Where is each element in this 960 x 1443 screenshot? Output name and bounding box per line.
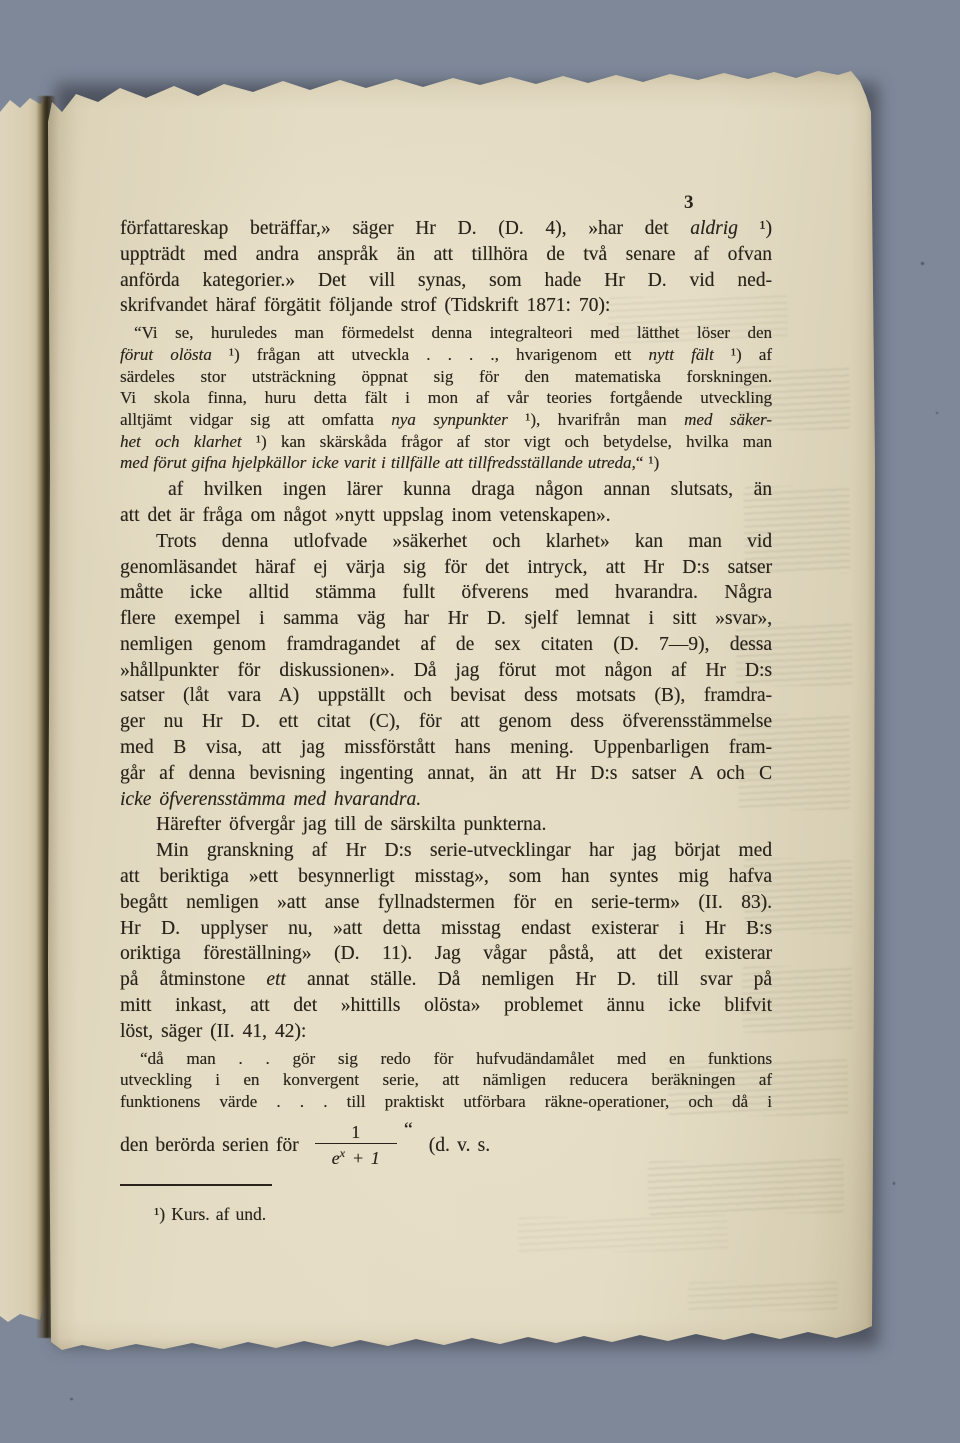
paragraph: författareskap beträffar,» säger Hr D. (… bbox=[120, 216, 772, 319]
text-segment: satser (låt vara A) uppställt och bevisa… bbox=[120, 685, 772, 706]
text-line: förut olösta ¹) frågan att utveckla . . … bbox=[120, 344, 772, 366]
page: 3 författareskap beträffar,» säger Hr D.… bbox=[48, 66, 876, 1352]
text-line: att det är fråga om något »nytt uppslag … bbox=[120, 503, 772, 529]
text-segment: ger nu Hr D. ett citat (C), för att geno… bbox=[120, 711, 772, 732]
fraction-numerator: 1 bbox=[351, 1123, 360, 1143]
body-text: författareskap beträffar,» säger Hr D. (… bbox=[120, 216, 772, 1113]
italic-text: nya synpunkter bbox=[391, 410, 508, 429]
text-line: alltjämt vidgar sig att omfatta nya synp… bbox=[120, 409, 772, 431]
italic-text: med säker- bbox=[684, 410, 772, 429]
paragraph: “då man . . gör sig redo för hufvudändam… bbox=[120, 1048, 772, 1113]
fraction: 1 ex + 1 bbox=[315, 1123, 397, 1169]
text-line: med B visa, att jag missförstått hans me… bbox=[120, 735, 772, 761]
paragraph: Min granskning af Hr D:s serie-utvecklin… bbox=[120, 838, 772, 1044]
text-segment: annat ställe. Då nemligen Hr D. till sva… bbox=[286, 969, 772, 990]
text-segment: Trots denna utlofvade »säkerhet och klar… bbox=[156, 531, 772, 552]
text-segment: funktionens värde . . . till praktiskt u… bbox=[120, 1092, 772, 1111]
text-line: begått nemligen »att anse fyllnadstermen… bbox=[120, 890, 772, 916]
text-line: med förut gifna hjelpkällor icke varit i… bbox=[120, 452, 772, 474]
footnote: ¹) Kurs. af und. bbox=[120, 1204, 772, 1225]
text-line: »hållpunkter för diskussionen». Då jag f… bbox=[120, 658, 772, 684]
text-segment: att det är fråga om något »nytt uppslag … bbox=[120, 505, 611, 526]
text-segment: Min granskning af Hr D:s serie-utvecklin… bbox=[156, 840, 772, 861]
text-segment: alltjämt vidgar sig att omfatta bbox=[120, 410, 391, 429]
text-line: het och klarhet ¹) kan skärskåda frågor … bbox=[120, 431, 772, 453]
paragraph: “Vi se, huruledes man förmedelst denna i… bbox=[120, 322, 772, 474]
text-segment: “ ¹) bbox=[636, 453, 659, 472]
text-line: utveckling i en konvergent serie, att nä… bbox=[120, 1069, 772, 1091]
italic-text: ett bbox=[266, 969, 286, 990]
text-segment: nemligen genom framdragandet af de sex c… bbox=[120, 634, 772, 655]
italic-text: förut olösta bbox=[120, 345, 212, 364]
text-segment: löst, säger (II. 41, 42): bbox=[120, 1021, 306, 1042]
text-line: skrifvandet häraf förgätit följande stro… bbox=[120, 293, 772, 319]
text-segment: ¹) af bbox=[714, 345, 772, 364]
footnote-divider bbox=[120, 1184, 272, 1186]
text-segment: uppträdt med andra anspråk än att tillhö… bbox=[120, 244, 772, 265]
formula-line: den berörda serien för 1 ex + 1 “ (d. v.… bbox=[120, 1123, 772, 1169]
paragraph: af hvilken ingen lärer kunna draga någon… bbox=[120, 477, 772, 529]
dust-speck bbox=[921, 262, 924, 265]
denominator-base: e bbox=[332, 1148, 340, 1168]
text-segment: “Vi se, huruledes man förmedelst denna i… bbox=[134, 323, 772, 342]
text-line: “då man . . gör sig redo för hufvudändam… bbox=[120, 1048, 772, 1070]
text-line: Vi skola finna, huru detta fält i mon af… bbox=[120, 387, 772, 409]
text-segment: mitt inkast, att det »hittills olösta» p… bbox=[120, 995, 772, 1016]
text-segment: ¹) frågan att utveckla . . . ., hvarigen… bbox=[212, 345, 649, 364]
text-line: går af denna bevisning ingenting annat, … bbox=[120, 761, 772, 787]
text-segment: särdeles stor utsträckning öppnat sig fö… bbox=[120, 367, 772, 386]
text-line: ger nu Hr D. ett citat (C), för att geno… bbox=[120, 709, 772, 735]
text-segment: ¹) bbox=[738, 218, 772, 239]
text-line: af hvilken ingen lärer kunna draga någon… bbox=[120, 477, 772, 503]
text-segment: begått nemligen »att anse fyllnadstermen… bbox=[120, 892, 772, 913]
text-segment: med B visa, att jag missförstått hans me… bbox=[120, 737, 772, 758]
formula-suffix: (d. v. s. bbox=[429, 1135, 490, 1157]
text-segment: oriktiga föreställning» (D. 11). Jag våg… bbox=[120, 943, 772, 964]
page-number: 3 bbox=[684, 192, 695, 214]
text-segment: “då man . . gör sig redo för hufvudändam… bbox=[140, 1049, 772, 1068]
text-segment: ¹), hvarifrån man bbox=[508, 410, 684, 429]
text-segment: på åtminstone bbox=[120, 969, 266, 990]
italic-text: het och klarhet bbox=[120, 432, 242, 451]
text-line: löst, säger (II. 41, 42): bbox=[120, 1019, 772, 1045]
text-line: författareskap beträffar,» säger Hr D. (… bbox=[120, 216, 772, 242]
text-segment: utveckling i en konvergent serie, att nä… bbox=[120, 1070, 772, 1089]
text-segment: skrifvandet häraf förgätit följande stro… bbox=[120, 295, 610, 316]
text-line: genomläsandet häraf ej värja sig för det… bbox=[120, 555, 772, 581]
text-line: satser (låt vara A) uppställt och bevisa… bbox=[120, 683, 772, 709]
text-line: flere exempel i samma väg har Hr D. sjel… bbox=[120, 606, 772, 632]
text-segment: af hvilken ingen lärer kunna draga någon… bbox=[168, 479, 772, 500]
italic-text: aldrig bbox=[690, 218, 738, 239]
text-line: på åtminstone ett annat ställe. Då nemli… bbox=[120, 967, 772, 993]
denominator-rest: + 1 bbox=[345, 1148, 380, 1168]
paragraph: Härefter öfvergår jag till de särskilta … bbox=[120, 812, 772, 838]
formula-prefix: den berörda serien för bbox=[120, 1135, 299, 1157]
text-line: särdeles stor utsträckning öppnat sig fö… bbox=[120, 366, 772, 388]
paragraph: Trots denna utlofvade »säkerhet och klar… bbox=[120, 529, 772, 813]
text-segment: att beriktiga »ett besynnerligt misstag»… bbox=[120, 866, 772, 887]
text-segment: Härefter öfvergår jag till de särskilta … bbox=[156, 814, 546, 835]
text-segment: författareskap beträffar,» säger Hr D. (… bbox=[120, 218, 690, 239]
text-line: mitt inkast, att det »hittills olösta» p… bbox=[120, 993, 772, 1019]
text-segment: »hållpunkter för diskussionen». Då jag f… bbox=[120, 660, 772, 681]
text-segment: går af denna bevisning ingenting annat, … bbox=[120, 763, 772, 784]
text-segment: ¹) kan skärskåda frågor af stor vigt och… bbox=[242, 432, 772, 451]
italic-text: icke öfverensstämma med hvarandra. bbox=[120, 789, 421, 810]
closing-quote-mark: “ bbox=[404, 1119, 413, 1142]
fraction-denominator: ex + 1 bbox=[315, 1143, 397, 1169]
text-line: oriktiga föreställning» (D. 11). Jag våg… bbox=[120, 941, 772, 967]
text-block: författareskap beträffar,» säger Hr D. (… bbox=[120, 216, 772, 1225]
text-line: Min granskning af Hr D:s serie-utvecklin… bbox=[120, 838, 772, 864]
text-segment: genomläsandet häraf ej värja sig för det… bbox=[120, 557, 772, 578]
dust-speck bbox=[70, 1398, 73, 1400]
text-line: måtte icke alltid stämma fullt öfverens … bbox=[120, 580, 772, 606]
text-segment: Hr D. upplyser nu, »att detta misstag en… bbox=[120, 918, 772, 939]
bleed-through-smudge bbox=[688, 1280, 838, 1312]
text-segment: anförda kategorier.» Det vill synas, som… bbox=[120, 270, 772, 291]
text-line: funktionens värde . . . till praktiskt u… bbox=[120, 1091, 772, 1113]
dust-speck bbox=[936, 412, 938, 414]
text-line: uppträdt med andra anspråk än att tillhö… bbox=[120, 242, 772, 268]
text-line: nemligen genom framdragandet af de sex c… bbox=[120, 632, 772, 658]
text-line: Trots denna utlofvade »säkerhet och klar… bbox=[120, 529, 772, 555]
text-line: “Vi se, huruledes man förmedelst denna i… bbox=[120, 322, 772, 344]
text-segment: måtte icke alltid stämma fullt öfverens … bbox=[120, 582, 772, 603]
italic-text: med förut gifna hjelpkällor icke varit i… bbox=[120, 453, 636, 472]
text-line: anförda kategorier.» Det vill synas, som… bbox=[120, 268, 772, 294]
text-segment: flere exempel i samma väg har Hr D. sjel… bbox=[120, 608, 772, 629]
dust-speck bbox=[893, 1182, 895, 1185]
text-segment: Vi skola finna, huru detta fält i mon af… bbox=[120, 388, 772, 407]
text-line: att beriktiga »ett besynnerligt misstag»… bbox=[120, 864, 772, 890]
text-line: icke öfverensstämma med hvarandra. bbox=[120, 787, 772, 813]
italic-text: nytt fält bbox=[648, 345, 713, 364]
text-line: Härefter öfvergår jag till de särskilta … bbox=[120, 812, 772, 838]
text-line: Hr D. upplyser nu, »att detta misstag en… bbox=[120, 916, 772, 942]
